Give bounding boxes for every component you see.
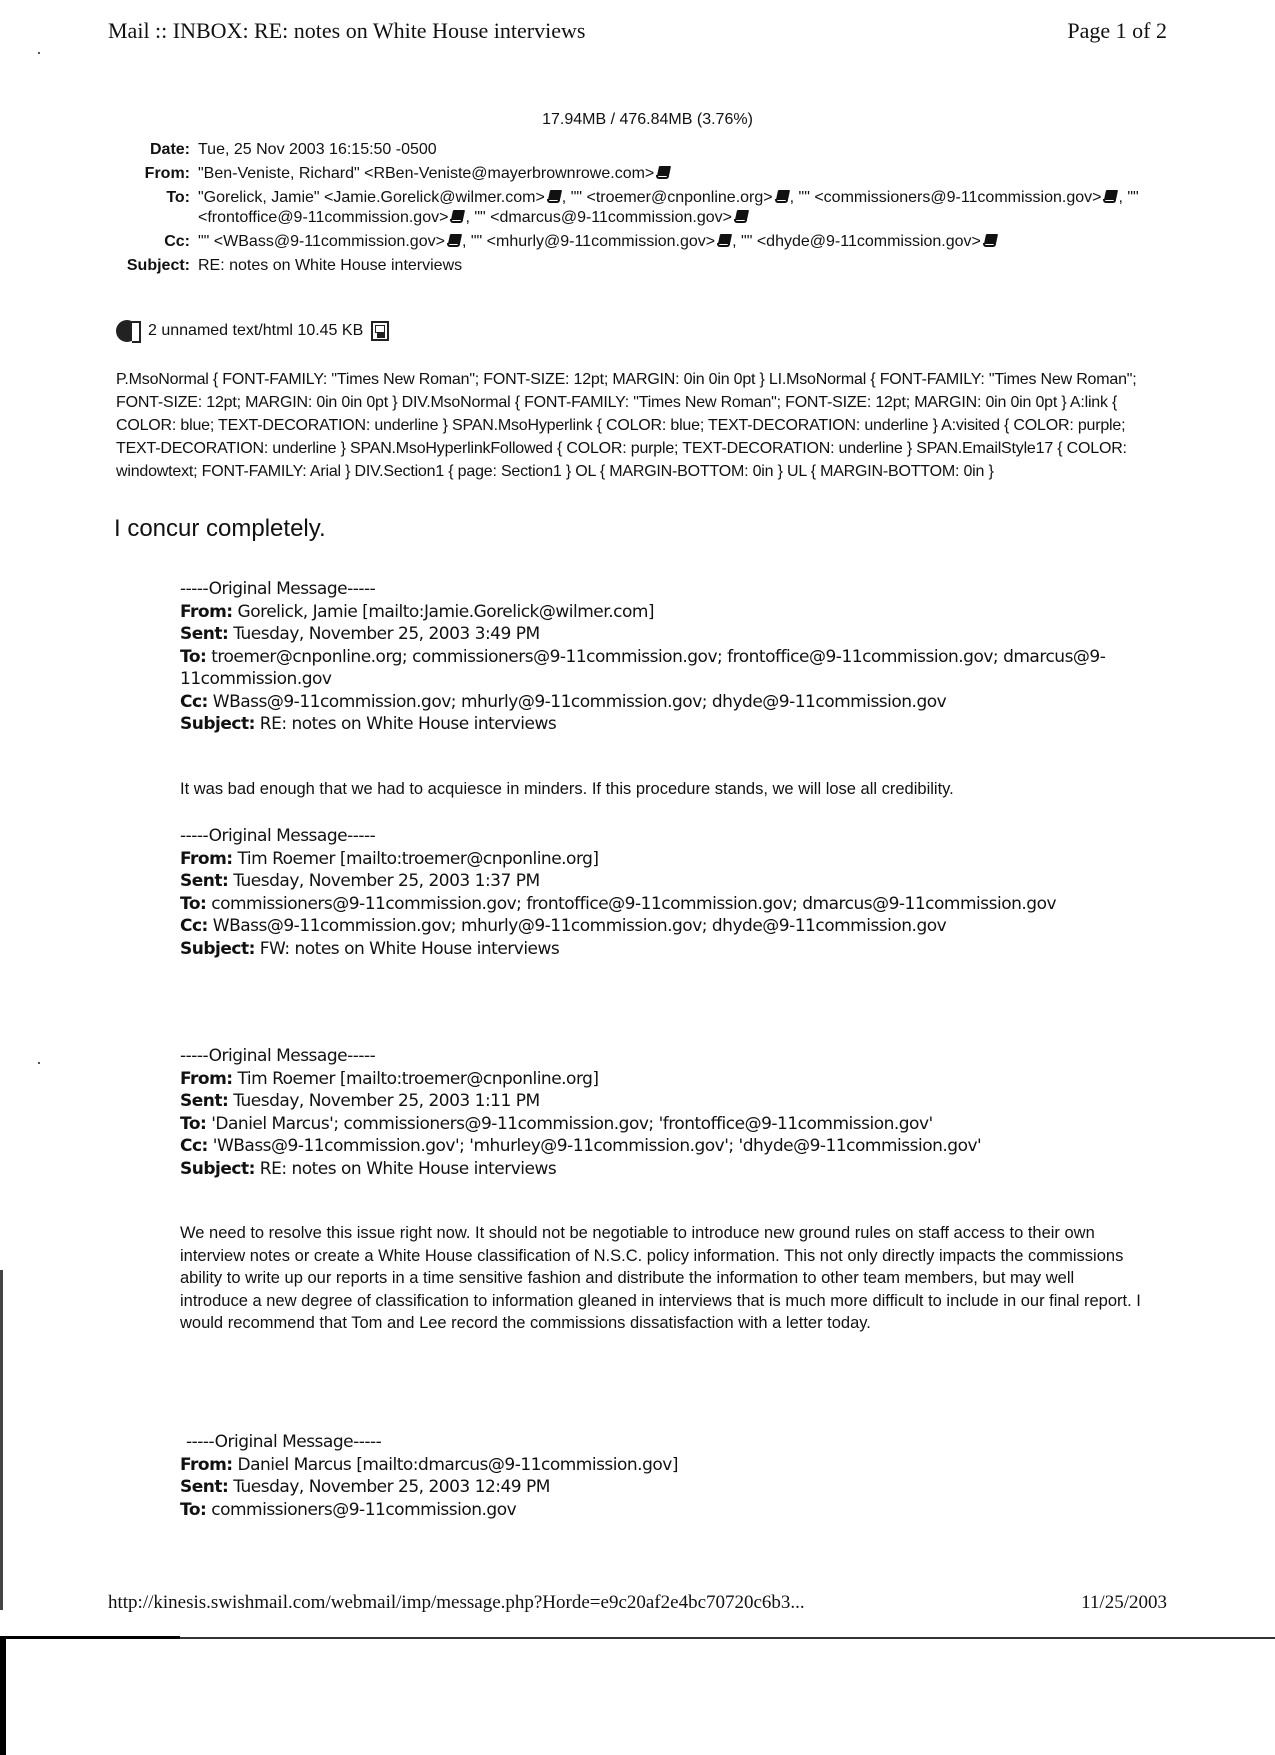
subject-value: FW: notes on White House interviews (260, 939, 560, 959)
add-to-address-book-icon[interactable] (547, 190, 562, 204)
scan-speck (38, 1062, 40, 1064)
scan-edge-left-upper (0, 1270, 3, 1610)
cc-label: Cc: (180, 1136, 208, 1156)
sent-value: Tuesday, November 25, 2003 3:49 PM (233, 624, 539, 644)
to-value: troemer@cnponline.org; commissioners@9-1… (180, 647, 1105, 690)
print-title: Mail :: INBOX: RE: notes on White House … (108, 18, 585, 44)
scan-edge-left (0, 1638, 6, 1755)
to-value: 'Daniel Marcus'; commissioners@9-11commi… (211, 1114, 932, 1134)
cc-value: 'WBass@9-11commission.gov'; 'mhurley@9-1… (213, 1136, 981, 1156)
from-label: From: (180, 602, 233, 622)
attachment-view-icon[interactable] (116, 320, 138, 342)
subject-label: Subject: (180, 939, 255, 959)
to-value: commissioners@9-11commission.gov (211, 1500, 516, 1520)
date-label: Date: (108, 140, 198, 160)
subject-value: RE: notes on White House interviews (260, 1159, 556, 1179)
from-label: From: (108, 164, 198, 184)
header-from: From: "Ben-Veniste, Richard" <RBen-Venis… (108, 164, 1188, 184)
sent-label: Sent: (180, 1477, 228, 1497)
to-label: To: (180, 894, 206, 914)
header-date: Date: Tue, 25 Nov 2003 16:15:50 -0500 (108, 140, 1188, 160)
from-value: Tim Roemer [mailto:troemer@cnponline.org… (238, 849, 599, 869)
original-message-separator: -----Original Message----- (180, 1045, 1140, 1068)
recipient-address[interactable]: "" <dmarcus@9-11commission.gov> (474, 209, 732, 226)
cc-value: WBass@9-11commission.gov; mhurly@9-11com… (213, 916, 946, 936)
recipient-address[interactable]: "" <commissioners@9-11commission.gov> (799, 189, 1102, 206)
from-value[interactable]: "Ben-Veniste, Richard" <RBen-Veniste@may… (198, 165, 654, 182)
from-value: Tim Roemer [mailto:troemer@cnponline.org… (238, 1069, 599, 1089)
from-label: From: (180, 1455, 233, 1475)
print-footer: http://kinesis.swishmail.com/webmail/imp… (108, 1592, 1167, 1614)
header-to: To: "Gorelick, Jamie" <Jamie.Gorelick@wi… (108, 188, 1188, 228)
from-label: From: (180, 849, 233, 869)
quoted-message: -----Original Message----- From: Daniel … (180, 1431, 1140, 1521)
add-to-address-book-icon[interactable] (1103, 190, 1118, 204)
cc-label: Cc: (108, 232, 198, 252)
add-to-address-book-icon[interactable] (450, 210, 465, 224)
recipient-address[interactable]: "" <WBass@9-11commission.gov> (198, 233, 445, 250)
sent-value: Tuesday, November 25, 2003 1:37 PM (233, 871, 539, 891)
page-url: http://kinesis.swishmail.com/webmail/imp… (108, 1592, 805, 1614)
original-message-separator: -----Original Message----- (180, 825, 1110, 848)
date-value: Tue, 25 Nov 2003 16:15:50 -0500 (198, 140, 1188, 160)
cc-label: Cc: (180, 916, 208, 936)
add-to-address-book-icon[interactable] (775, 190, 790, 204)
cc-label: Cc: (180, 692, 208, 712)
original-message-separator: -----Original Message----- (180, 1431, 1140, 1454)
to-label: To: (108, 188, 198, 228)
print-date: 11/25/2003 (1081, 1592, 1167, 1614)
sent-value: Tuesday, November 25, 2003 12:49 PM (233, 1477, 550, 1497)
original-message-separator: -----Original Message----- (180, 578, 1140, 601)
message-headers: Date: Tue, 25 Nov 2003 16:15:50 -0500 Fr… (108, 140, 1188, 280)
add-to-address-book-icon[interactable] (717, 234, 732, 248)
subject-label: Subject: (180, 1159, 255, 1179)
scan-edge-line-thick (0, 1636, 180, 1639)
quoted-body: We need to resolve this issue right now.… (180, 1222, 1145, 1335)
to-recipients: "Gorelick, Jamie" <Jamie.Gorelick@wilmer… (198, 188, 1188, 228)
header-subject: Subject: RE: notes on White House interv… (108, 256, 1188, 276)
from-label: From: (180, 1069, 233, 1089)
to-label: To: (180, 1500, 206, 1520)
to-label: To: (180, 1114, 206, 1134)
recipient-address[interactable]: "Gorelick, Jamie" <Jamie.Gorelick@wilmer… (198, 189, 545, 206)
recipient-address[interactable]: "" <troemer@cnponline.org> (571, 189, 773, 206)
mailbox-quota: 17.94MB / 476.84MB (3.76%) (0, 111, 1275, 129)
leaked-css-text: P.MsoNormal { FONT-FAMILY: "Times New Ro… (116, 368, 1156, 483)
page-indicator: Page 1 of 2 (1067, 18, 1167, 44)
floppy-disk-save-icon[interactable] (371, 321, 389, 341)
print-header: Mail :: INBOX: RE: notes on White House … (108, 18, 1167, 44)
quoted-message: -----Original Message----- From: Tim Roe… (180, 1045, 1140, 1180)
header-cc: Cc: "" <WBass@9-11commission.gov>, "" <m… (108, 232, 1188, 252)
subject-value: RE: notes on White House interviews (260, 714, 556, 734)
add-to-address-book-icon[interactable] (447, 234, 462, 248)
scan-edge-line (0, 1637, 1275, 1639)
to-label: To: (180, 647, 206, 667)
sent-value: Tuesday, November 25, 2003 1:11 PM (233, 1091, 539, 1111)
quoted-message: -----Original Message----- From: Gorelic… (180, 578, 1140, 736)
sent-label: Sent: (180, 624, 228, 644)
subject-value: RE: notes on White House interviews (198, 256, 1188, 276)
from-value: Daniel Marcus [mailto:dmarcus@9-11commis… (238, 1455, 678, 1475)
add-to-address-book-icon[interactable] (734, 210, 749, 224)
scan-speck (38, 52, 40, 54)
recipient-address[interactable]: "" <dhyde@9-11commission.gov> (741, 233, 981, 250)
cc-value: WBass@9-11commission.gov; mhurly@9-11com… (213, 692, 946, 712)
add-to-address-book-icon[interactable] (656, 166, 671, 180)
quoted-body: It was bad enough that we had to acquies… (180, 778, 1110, 801)
cc-recipients: "" <WBass@9-11commission.gov>, "" <mhurl… (198, 232, 1188, 252)
to-value: commissioners@9-11commission.gov; fronto… (211, 894, 1056, 914)
from-value: Gorelick, Jamie [mailto:Jamie.Gorelick@w… (238, 602, 655, 622)
quoted-message: -----Original Message----- From: Tim Roe… (180, 825, 1110, 960)
subject-label: Subject: (108, 256, 198, 276)
attachment-row: 2 unnamed text/html 10.45 KB (116, 320, 389, 342)
reply-text: I concur completely. (114, 515, 326, 543)
sent-label: Sent: (180, 1091, 228, 1111)
attachment-label[interactable]: 2 unnamed text/html 10.45 KB (148, 322, 363, 340)
sent-label: Sent: (180, 871, 228, 891)
subject-label: Subject: (180, 714, 255, 734)
recipient-address[interactable]: "" <mhurly@9-11commission.gov> (471, 233, 715, 250)
add-to-address-book-icon[interactable] (983, 234, 998, 248)
